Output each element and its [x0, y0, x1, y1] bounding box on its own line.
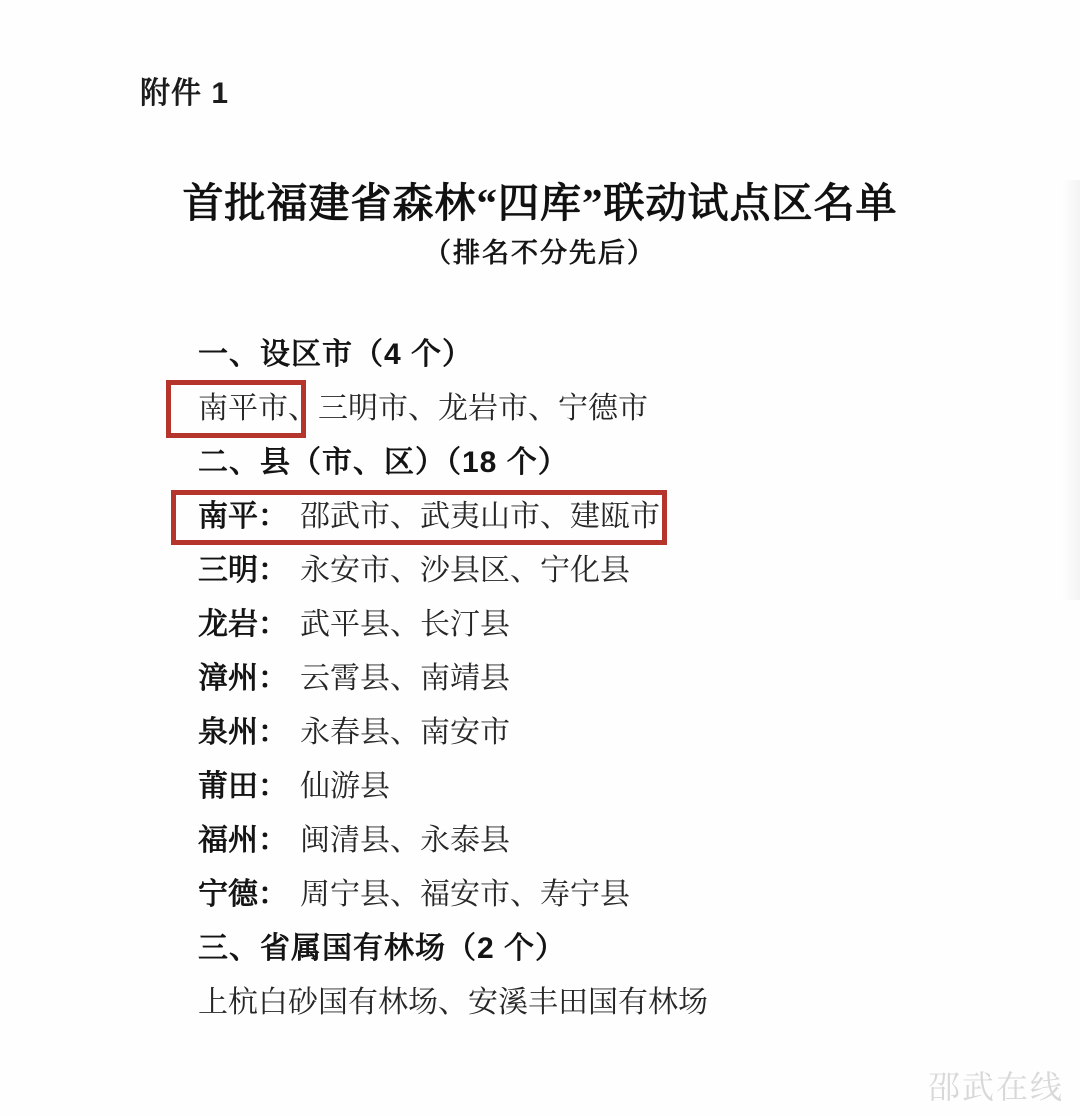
section3-forest-farms-line: 上杭白砂国有林场、安溪丰田国有林场: [198, 976, 938, 1030]
highlighted-city-text: 南平市、: [198, 392, 318, 425]
attachment-label: 附件 1: [140, 68, 229, 112]
prefecture-row-nanping: 南平：邵武市、武夷山市、建瓯市: [198, 490, 938, 544]
document-subtitle: （排名不分先后）: [0, 231, 1080, 270]
prefecture-label: 福州：: [198, 824, 288, 857]
prefecture-label: 漳州：: [198, 662, 288, 695]
prefecture-label: 三明：: [198, 554, 288, 587]
prefecture-label: 龙岩：: [198, 608, 288, 641]
prefecture-row-ningde: 宁德：周宁县、福安市、寿宁县: [198, 868, 938, 922]
prefecture-row-quanzhou: 泉州：永春县、南安市: [198, 706, 938, 760]
prefecture-label: 莆田：: [198, 770, 288, 803]
section1-cities-line: 南平市、三明市、龙岩市、宁德市: [198, 382, 938, 436]
document-title: 首批福建省森林“四库”联动试点区名单: [0, 170, 1080, 229]
prefecture-row-fuzhou: 福州：闽清县、永泰县: [198, 814, 938, 868]
county-list: 周宁县、福安市、寿宁县: [300, 878, 630, 911]
county-list: 云霄县、南靖县: [300, 662, 510, 695]
county-list: 永安市、沙县区、宁化县: [300, 554, 630, 587]
county-list: 闽清县、永泰县: [300, 824, 510, 857]
prefecture-label: 泉州：: [198, 716, 288, 749]
prefecture-row-sanming: 三明：永安市、沙县区、宁化县: [198, 544, 938, 598]
document-body: 一、设区市（4 个） 南平市、三明市、龙岩市、宁德市 二、县（市、区）（18 个…: [198, 328, 938, 1030]
prefecture-row-putian: 莆田：仙游县: [198, 760, 938, 814]
remaining-cities-text: 三明市、龙岩市、宁德市: [318, 392, 648, 425]
prefecture-label: 南平：: [198, 500, 288, 533]
section1-heading: 一、设区市（4 个）: [198, 328, 938, 382]
prefecture-label: 宁德：: [198, 878, 288, 911]
prefecture-row-zhangzhou: 漳州：云霄县、南靖县: [198, 652, 938, 706]
county-list: 武平县、长汀县: [300, 608, 510, 641]
watermark-text: 邵武在线: [928, 1062, 1064, 1108]
county-list: 仙游县: [300, 770, 390, 803]
section2-heading: 二、县（市、区）（18 个）: [198, 436, 938, 490]
document-page: 附件 1 首批福建省森林“四库”联动试点区名单 （排名不分先后） 一、设区市（4…: [0, 0, 1080, 1116]
prefecture-row-longyan: 龙岩：武平县、长汀县: [198, 598, 938, 652]
county-list: 永春县、南安市: [300, 716, 510, 749]
section3-heading: 三、省属国有林场（2 个）: [198, 922, 938, 976]
county-list: 邵武市、武夷山市、建瓯市: [300, 500, 660, 533]
